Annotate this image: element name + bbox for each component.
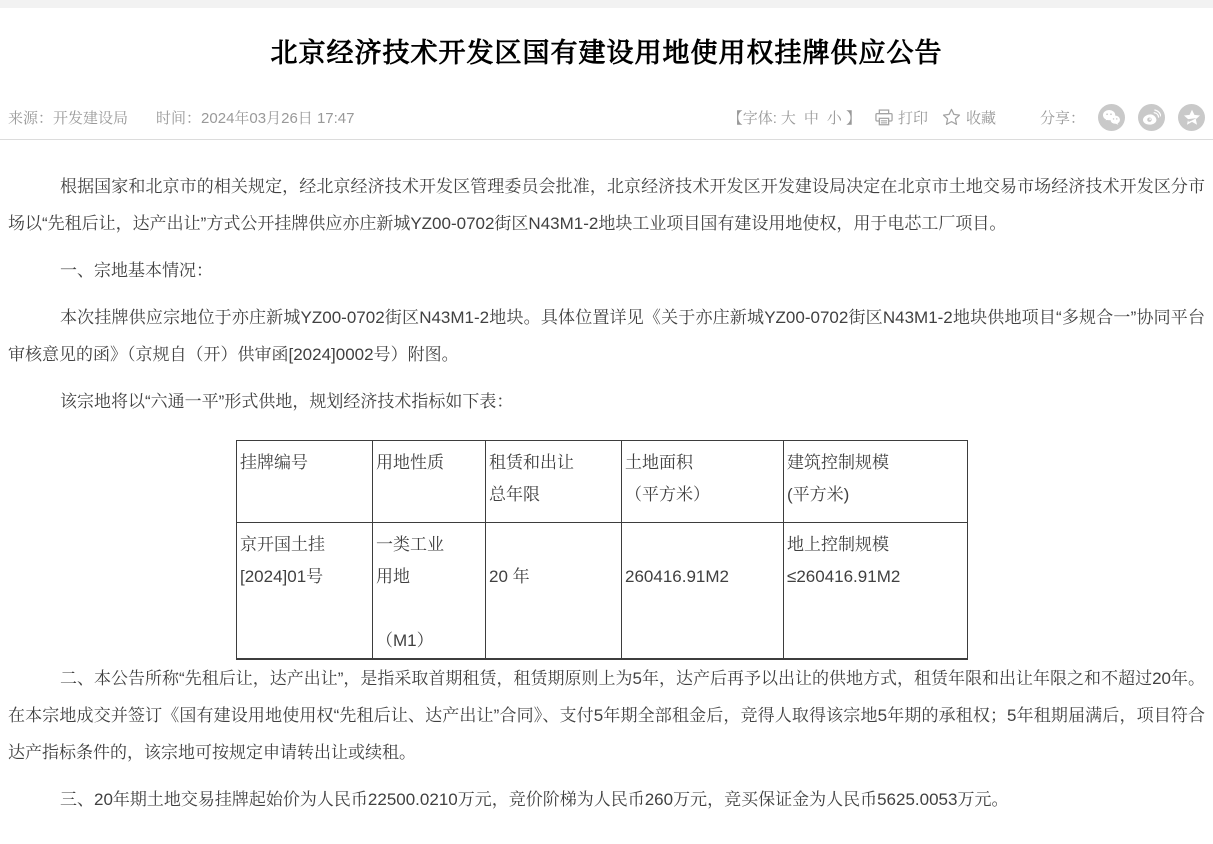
table-header-row: 挂牌编号 用地性质 租赁和出让 总年限 土地面积 （平方米） 建筑控制规模 <box>237 441 968 523</box>
page-title: 北京经济技术开发区国有建设用地使用权挂牌供应公告 <box>8 38 1205 69</box>
top-strip <box>0 0 1213 8</box>
cell-line <box>625 529 780 561</box>
print-button[interactable]: 打印 <box>875 107 928 128</box>
favorite-button[interactable]: 收藏 <box>942 107 996 128</box>
printer-icon <box>875 109 893 126</box>
cell-line: 建筑控制规模 <box>787 447 964 479</box>
time-item: 时间： 2024年03月26日 17:47 <box>156 107 354 128</box>
cell-line: 土地面积 <box>625 447 780 479</box>
cell-line: 一类工业 <box>376 529 482 561</box>
share-label: 分享： <box>1040 107 1085 128</box>
font-size-small-button[interactable]: 小 <box>827 107 842 128</box>
header-cell-building-scale: 建筑控制规模 (平方米) <box>784 441 968 523</box>
cell-line: 20 年 <box>489 561 618 593</box>
share-qzone-button[interactable] <box>1178 104 1205 131</box>
cell-line: 租赁和出让 <box>489 447 618 479</box>
cell-line: 挂牌编号 <box>240 447 369 479</box>
cell-line <box>489 529 618 561</box>
cell-line: 用地 <box>376 561 482 593</box>
header-cell-land-area: 土地面积 （平方米） <box>622 441 784 523</box>
time-value: 2024年03月26日 17:47 <box>201 107 354 128</box>
cell-building-scale: 地上控制规模 ≤260416.91M2 <box>784 523 968 659</box>
weibo-icon <box>1142 109 1161 126</box>
favorite-label: 收藏 <box>966 107 996 128</box>
source-label: 来源： <box>8 107 53 128</box>
cell-line: (平方米) <box>787 479 964 511</box>
cell-line: ≤260416.91M2 <box>787 561 964 593</box>
font-controls-suffix: 】 <box>846 107 861 128</box>
announcement-page: 北京经济技术开发区国有建设用地使用权挂牌供应公告 来源： 开发建设局 时间： 2… <box>0 38 1213 844</box>
source-item: 来源： 开发建设局 <box>8 107 128 128</box>
parcel-indicator-table: 挂牌编号 用地性质 租赁和出让 总年限 土地面积 （平方米） 建筑控制规模 <box>236 440 968 660</box>
cell-term: 20 年 <box>486 523 622 659</box>
section-heading-1: 一、宗地基本情况： <box>8 252 1205 289</box>
cell-line: 用地性质 <box>376 447 482 479</box>
font-size-controls: 【字体: 大 中 小 】 <box>728 107 861 128</box>
page-tools: 【字体: 大 中 小 】 打印 <box>728 104 1205 131</box>
meta-info: 来源： 开发建设局 时间： 2024年03月26日 17:47 <box>8 107 355 128</box>
cell-land-area: 260416.91M2 <box>622 523 784 659</box>
table-data-row: 京开国土挂 [2024]01号 一类工业 用地 （M1） 20 年 <box>237 523 968 659</box>
paragraph-parcel-location: 本次挂牌供应宗地位于亦庄新城YZ00-0702街区N43M1-2地块。具体位置详… <box>8 299 1205 373</box>
cell-line <box>376 593 482 625</box>
header-cell-land-use: 用地性质 <box>373 441 486 523</box>
cell-line: （平方米） <box>625 479 780 511</box>
qzone-icon <box>1183 109 1201 126</box>
print-label: 打印 <box>898 107 928 128</box>
font-controls-prefix: 【字体: <box>728 107 777 128</box>
paragraph-table-intro: 该宗地将以“六通一平”形式供地，规划经济技术指标如下表： <box>8 383 1205 420</box>
meta-toolbar: 来源： 开发建设局 时间： 2024年03月26日 17:47 【字体: 大 中… <box>0 103 1213 131</box>
cell-listing-number: 京开国土挂 [2024]01号 <box>237 523 373 659</box>
font-size-large-button[interactable]: 大 <box>781 107 796 128</box>
cell-land-use: 一类工业 用地 （M1） <box>373 523 486 659</box>
cell-line: [2024]01号 <box>240 561 369 593</box>
wechat-icon <box>1102 109 1121 126</box>
cell-line: （M1） <box>376 625 482 657</box>
paragraph-intro: 根据国家和北京市的相关规定，经北京经济技术开发区管理委员会批准，北京经济技术开发… <box>8 168 1205 242</box>
share-wechat-button[interactable] <box>1098 104 1125 131</box>
cell-line: 260416.91M2 <box>625 561 780 593</box>
star-icon <box>942 108 961 126</box>
header-cell-listing-number: 挂牌编号 <box>237 441 373 523</box>
announcement-body: 根据国家和北京市的相关规定，经北京经济技术开发区管理委员会批准，北京经济技术开发… <box>0 140 1213 844</box>
header-cell-term: 租赁和出让 总年限 <box>486 441 622 523</box>
cell-line: 京开国土挂 <box>240 529 369 561</box>
source-value: 开发建设局 <box>53 107 128 128</box>
time-label: 时间： <box>156 107 201 128</box>
cell-line: 总年限 <box>489 479 618 511</box>
cell-line: 地上控制规模 <box>787 529 964 561</box>
share-weibo-button[interactable] <box>1138 104 1165 131</box>
paragraph-lease-terms: 二、本公告所称“先租后让，达产出让”，是指采取首期租赁，租赁期原则上为5年，达产… <box>8 660 1205 771</box>
font-size-medium-button[interactable]: 中 <box>804 107 819 128</box>
paragraph-price-terms: 三、20年期土地交易挂牌起始价为人民币22500.0210万元，竞价阶梯为人民币… <box>8 781 1205 818</box>
